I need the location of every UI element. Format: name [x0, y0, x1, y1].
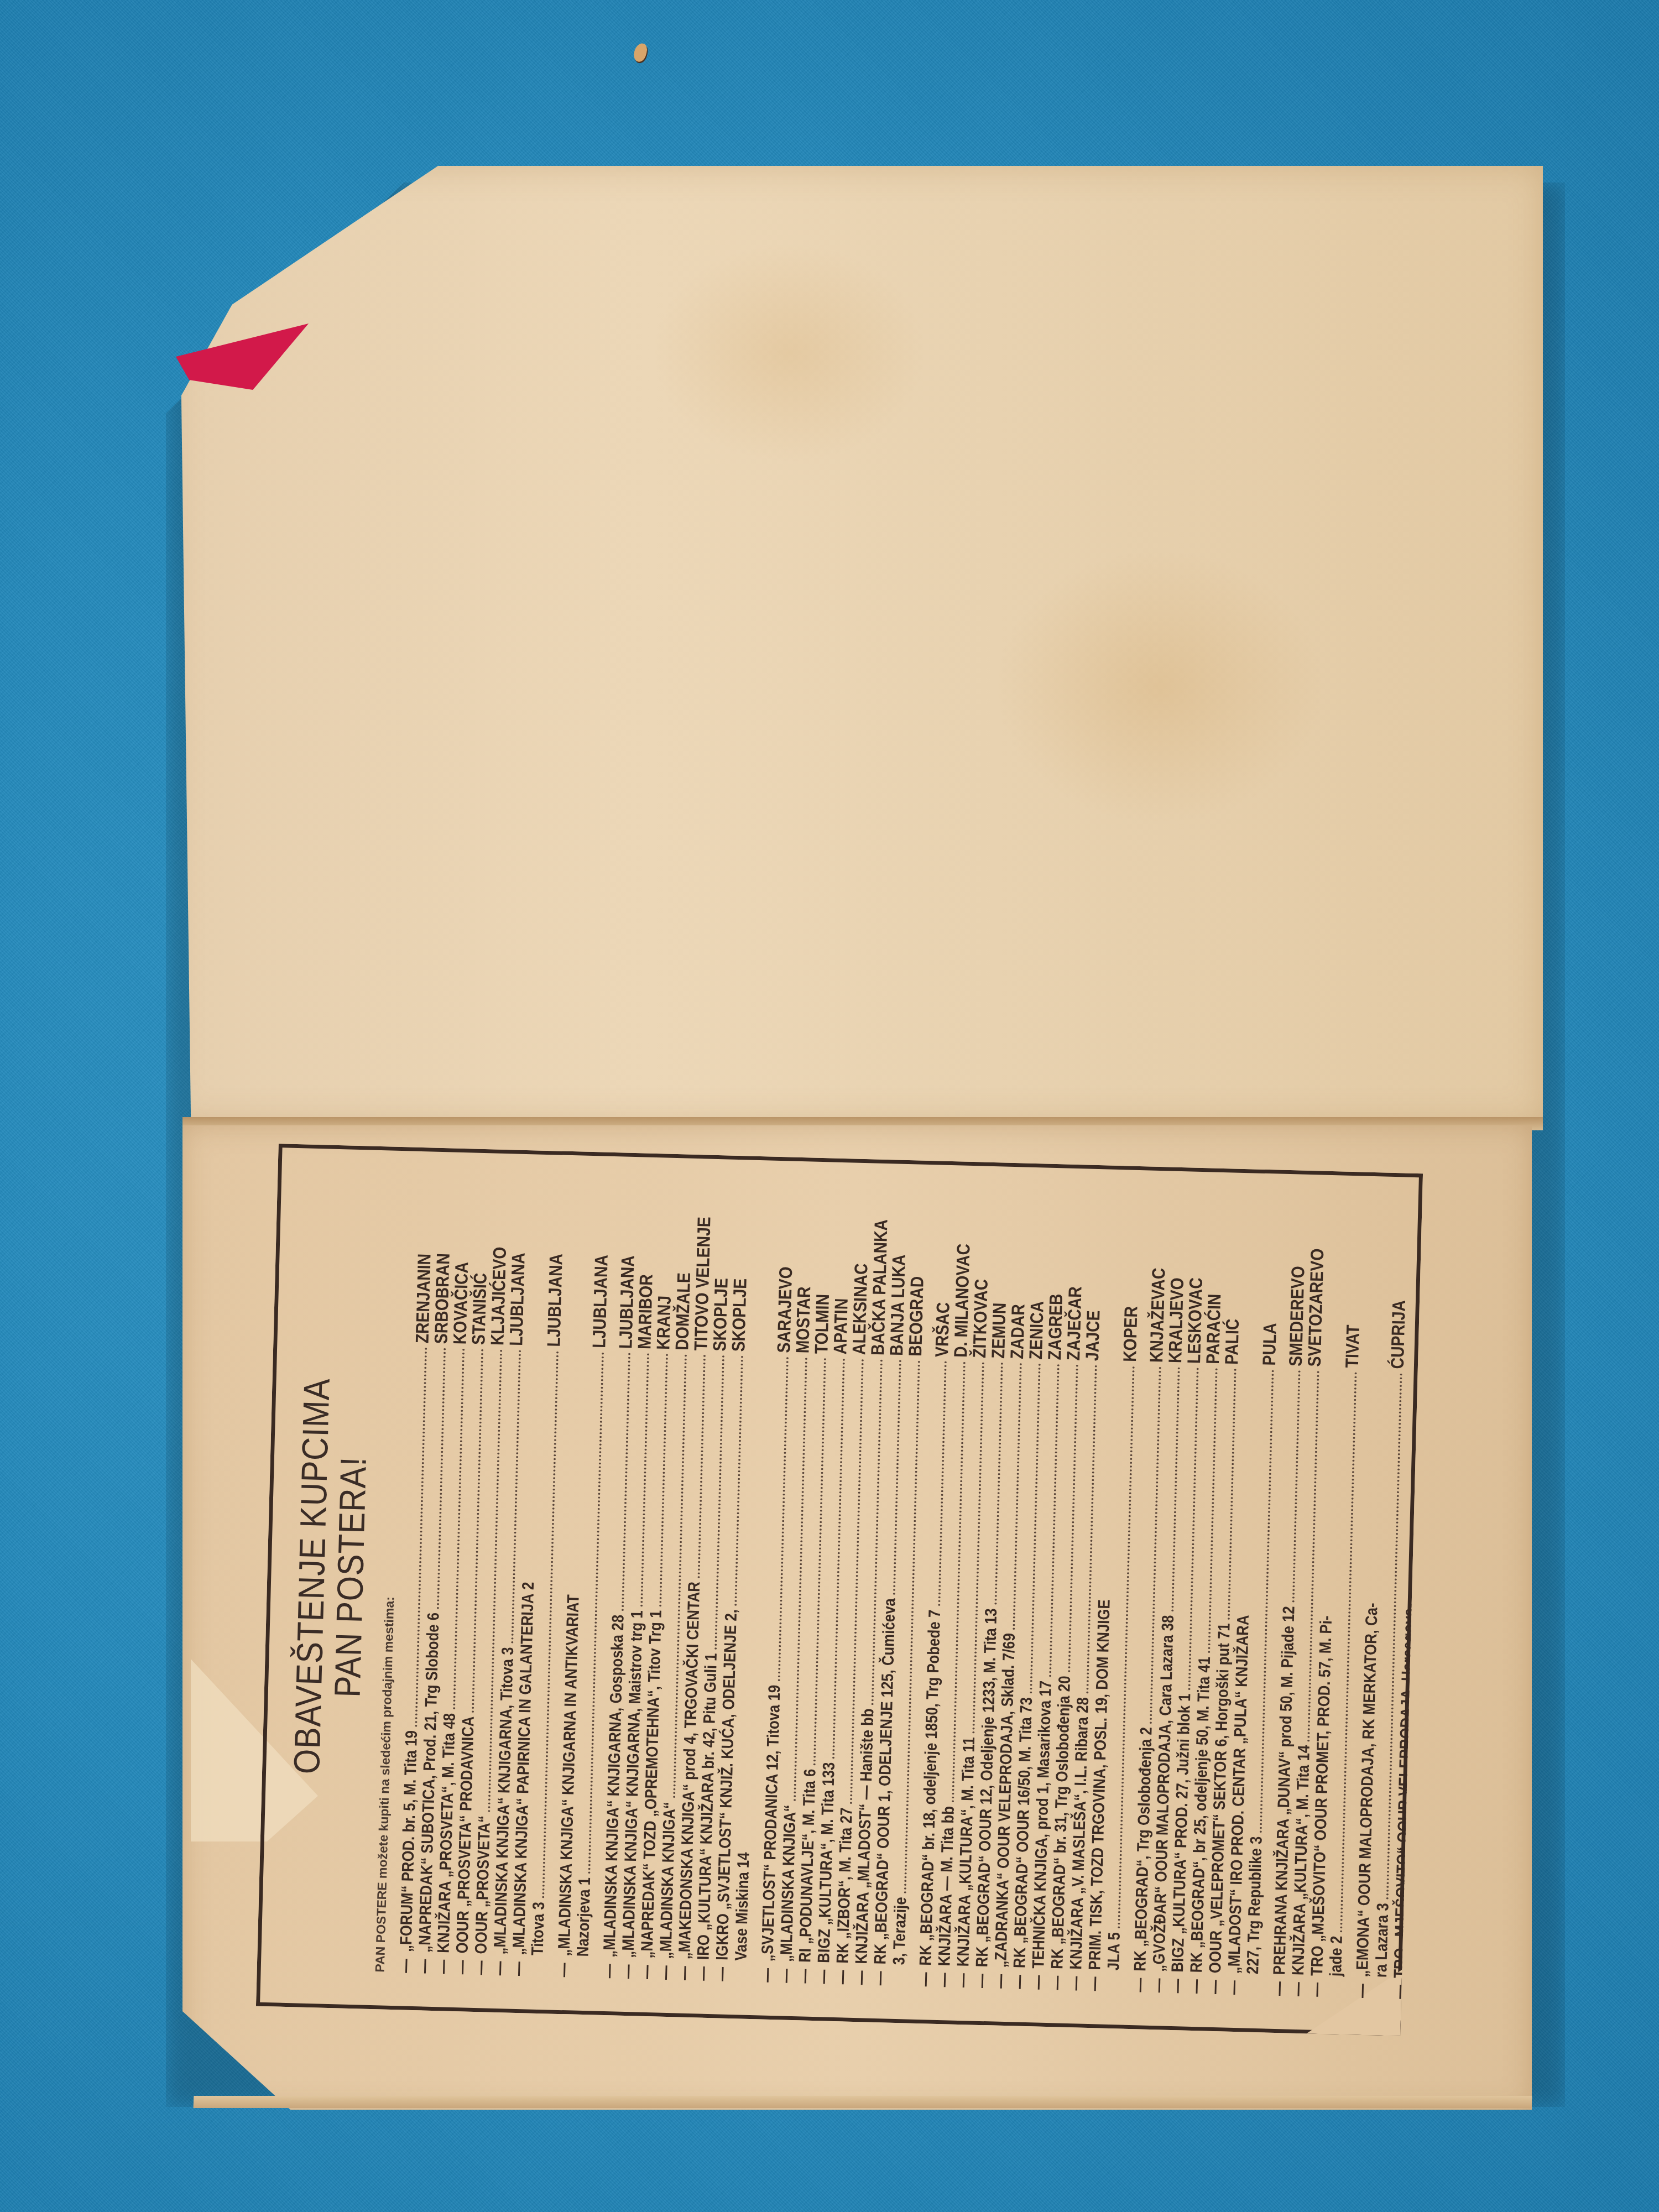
entry-dash: —	[935, 1966, 954, 1987]
entry-dash: —	[1390, 1978, 1409, 1999]
entry-dash: —	[795, 1962, 815, 1984]
entry-dash: —	[1187, 1973, 1206, 1994]
entry-dash: —	[599, 1957, 619, 1979]
entry-dash: —	[852, 1964, 871, 1985]
entry-address: jade 2	[1327, 1936, 1347, 1976]
entry-dash: —	[1085, 1970, 1104, 1991]
entry-dash: —	[758, 1961, 777, 1983]
entry-address: 227, Trg Republike 3	[1244, 1836, 1266, 1974]
blank-upper-page	[170, 166, 1543, 1123]
entry-dash: —	[1353, 1977, 1372, 1999]
entry-leader-dots	[1340, 1371, 1357, 1932]
entry-city	[766, 1196, 770, 1353]
entry-dash: —	[1224, 1974, 1244, 1995]
entry-leader-dots	[1292, 1370, 1300, 1603]
entry-leader-dots	[588, 1352, 604, 1874]
entry-dash: —	[1029, 1968, 1048, 1990]
entry-dash: —	[656, 1959, 675, 1980]
entry-dash: —	[1130, 1971, 1150, 1992]
entry-dash: —	[776, 1961, 796, 1983]
entry-address: Nazorjeva 1	[573, 1877, 594, 1957]
entry-dash: —	[434, 1953, 453, 1974]
entry-city: LJUBLJANA	[589, 1191, 612, 1349]
notice-box-rotated: OBAVEŠTENJE KUPCIMA PAN POSTERA! PAN POS…	[255, 1144, 1422, 2036]
paper-stain	[994, 549, 1326, 825]
entry-dash: —	[833, 1963, 852, 1985]
entry-dash: —	[1168, 1972, 1187, 1994]
entry-dash: —	[637, 1958, 656, 1980]
entry-dash: —	[675, 1959, 694, 1981]
entry-address: Vase Miskina 14	[732, 1852, 753, 1961]
entry-dash: —	[814, 1963, 833, 1984]
entry-dash: —	[916, 1965, 935, 1987]
page-stack-edge	[194, 2096, 1532, 2108]
entry-dash: —	[452, 1953, 472, 1975]
entry-city: BEOGRAD	[906, 1199, 928, 1357]
entry-dash: —	[972, 1967, 992, 1989]
entry-leader-dots	[542, 1351, 559, 1898]
entry-city: KOPER	[1120, 1205, 1142, 1363]
paper-stain	[651, 242, 927, 463]
entry-dash: —	[1066, 1969, 1086, 1991]
entry-dash: —	[1270, 1975, 1289, 1996]
entry-dash: —	[1010, 1968, 1029, 1989]
entry-dash: —	[693, 1960, 713, 1981]
entry-dash: —	[509, 1955, 528, 1976]
entry-dash: —	[1149, 1971, 1168, 1993]
entry-dash: —	[415, 1952, 434, 1974]
entry-city: LJUBLJANA	[544, 1190, 567, 1347]
entry-leader-dots	[893, 1360, 901, 1595]
entry-leader-dots	[1259, 1369, 1274, 1832]
entry-dash: —	[953, 1966, 973, 1988]
notice-title: OBAVEŠTENJE KUPCIMA PAN POSTERA!	[283, 1229, 378, 1924]
entry-address: 3, Terazije	[890, 1897, 910, 1965]
entry-dash: —	[712, 1960, 732, 1981]
entry-dash: —	[991, 1968, 1010, 1989]
notice-box: OBAVEŠTENJE KUPCIMA PAN POSTERA! PAN POS…	[263, 1159, 1416, 2021]
sales-points-list: —„FORUM“ PROD. br. 5, M. Tita 19ZRENJANI…	[396, 1185, 1448, 2000]
entry-leader-dots	[697, 1355, 706, 1578]
entry-city: PULA	[1259, 1208, 1282, 1366]
entry-dash: —	[1307, 1976, 1327, 1997]
entry-dash: —	[554, 1956, 573, 1978]
entry-dash: —	[396, 1952, 415, 1973]
entry-dash: —	[870, 1964, 890, 1986]
entry-city: TIVAT	[1342, 1211, 1365, 1368]
entry-dash: —	[618, 1958, 638, 1979]
entry-address: Titova 3	[528, 1902, 549, 1956]
entry-dash: —	[471, 1954, 491, 1975]
entry-dash: —	[1206, 1973, 1225, 1995]
entry-leader-dots	[1118, 1366, 1135, 1929]
entry-address: JLA 5	[1104, 1932, 1124, 1971]
entry-dash: —	[1047, 1969, 1067, 1990]
entry-dash: —	[1288, 1975, 1308, 1997]
entry-dash: —	[490, 1954, 509, 1976]
notice-title-line2: PAN POSTERA!	[321, 1230, 378, 1924]
entry-leader-dots	[904, 1360, 920, 1893]
entry-address: ra Lazara 3	[1371, 1903, 1392, 1978]
entry-leader-dots	[994, 1363, 1003, 1605]
